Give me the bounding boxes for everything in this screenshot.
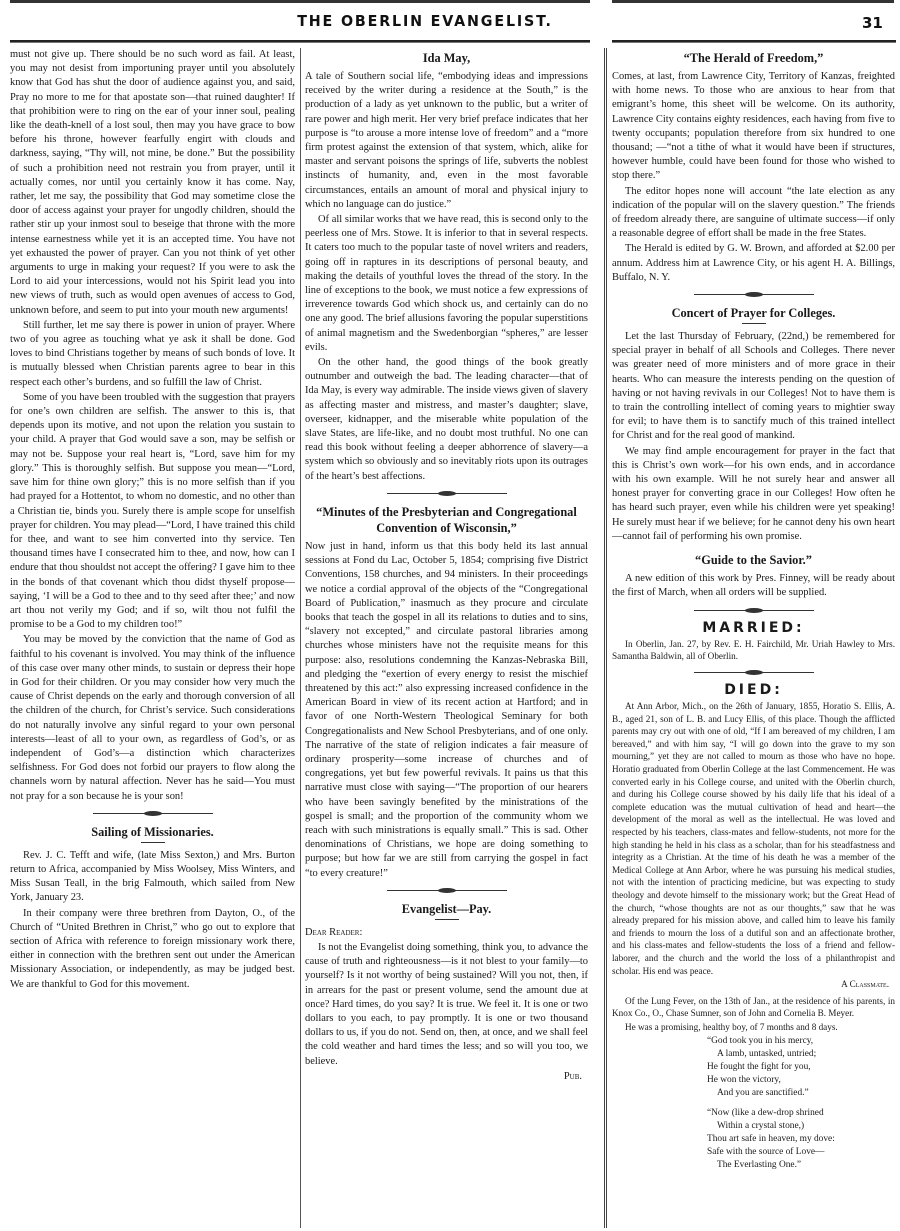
article-paragraph: We may find ample encouragement for pray…: [612, 445, 895, 544]
top-rule-left: [10, 0, 590, 3]
marriage-notice: In Oberlin, Jan. 27, by Rev. E. H. Fairc…: [612, 638, 895, 663]
header-rule-left: [10, 40, 590, 43]
article-paragraph: Some of you have been troubled with the …: [10, 391, 295, 632]
article-paragraph: Still further, let me say there is power…: [10, 319, 295, 390]
section-ornament: [387, 492, 507, 496]
top-rule-right: [612, 0, 894, 3]
newspaper-page: THE OBERLIN EVANGELIST. 31 must not give…: [0, 0, 900, 1231]
obituary-meyer: Of the Lung Fever, on the 13th of Jan., …: [612, 995, 895, 1020]
article-paragraph: In their company were three brethren fro…: [10, 907, 295, 992]
poem-line: Safe with the source of Love—: [707, 1146, 895, 1159]
section-ornament: [387, 889, 507, 893]
heading-underline: [742, 323, 766, 324]
section-ornament: [694, 293, 814, 297]
obituary-signature: A Classmate.: [612, 978, 895, 991]
heading-evangelist-pay: Evangelist—Pay.: [312, 901, 581, 917]
heading-underline: [435, 919, 459, 920]
masthead: THE OBERLIN EVANGELIST. 31: [0, 12, 900, 34]
heading-ida-may: Ida May,: [312, 50, 581, 66]
memorial-poem: “God took you in his mercy, A lamb, unta…: [707, 1035, 895, 1172]
article-paragraph: Of all similar works that we have read, …: [305, 213, 588, 355]
column-divider-2: [604, 48, 607, 1228]
poem-line: “Now (like a dew-drop shrined: [707, 1107, 895, 1120]
signature: Pub.: [305, 1070, 588, 1084]
article-paragraph: You may be moved by the conviction that …: [10, 633, 295, 803]
article-paragraph: must not give up. There should be no suc…: [10, 48, 295, 318]
right-column: “The Herald of Freedom,” Comes, at last,…: [612, 48, 895, 1172]
article-paragraph: Rev. J. C. Tefft and wife, (late Miss Se…: [10, 849, 295, 906]
poem-line: The Everlasting One.”: [707, 1159, 895, 1172]
article-paragraph: A new edition of this work by Pres. Finn…: [612, 572, 895, 600]
poem-line: Within a crystal stone,): [707, 1120, 895, 1133]
poem-line: A lamb, untasked, untried;: [707, 1048, 895, 1061]
article-paragraph: Comes, at last, from Lawrence City, Terr…: [612, 70, 895, 184]
left-column: must not give up. There should be no suc…: [10, 48, 295, 993]
heading-concert-of-prayer: Concert of Prayer for Colleges.: [619, 305, 888, 321]
newspaper-title: THE OBERLIN EVANGELIST.: [269, 12, 582, 30]
article-paragraph: The editor hopes none will account “the …: [612, 185, 895, 242]
column-divider-1: [300, 48, 301, 1228]
poem-line: Thou art safe in heaven, my dove:: [707, 1133, 895, 1146]
heading-minutes-wisconsin: “Minutes of the Presbyterian and Congreg…: [312, 504, 581, 536]
obituary-ellis: At Ann Arbor, Mich., on the 26th of Janu…: [612, 700, 895, 977]
middle-column: Ida May, A tale of Southern social life,…: [305, 48, 588, 1085]
article-paragraph: Now just in hand, inform us that this bo…: [305, 540, 588, 881]
poem-line: “God took you in his mercy,: [707, 1035, 895, 1048]
header-rule-right: [612, 40, 896, 43]
poem-line: And you are sanctified.”: [707, 1087, 895, 1100]
heading-guide-to-savior: “Guide to the Savior.”: [619, 552, 888, 568]
article-paragraph: The Herald is edited by G. W. Brown, and…: [612, 242, 895, 285]
article-paragraph: Let the last Thursday of February, (22nd…: [612, 330, 895, 444]
section-ornament: [694, 609, 814, 613]
heading-sailing-of-missionaries: Sailing of Missionaries.: [17, 824, 288, 840]
obituary-meyer-age: He was a promising, healthy boy, of 7 mo…: [612, 1021, 895, 1034]
poem-line: He fought the fight for you,: [707, 1061, 895, 1074]
section-ornament: [694, 671, 814, 675]
article-paragraph: On the other hand, the good things of th…: [305, 356, 588, 484]
page-number: 31: [862, 14, 883, 32]
article-paragraph: A tale of Southern social life, “embodyi…: [305, 70, 588, 212]
salutation: Dear Reader:: [305, 926, 588, 940]
heading-herald-of-freedom: “The Herald of Freedom,”: [619, 50, 888, 66]
heading-married: MARRIED:: [612, 621, 895, 635]
heading-died: DIED:: [612, 683, 895, 697]
heading-underline: [141, 842, 165, 843]
section-ornament: [93, 812, 213, 816]
article-paragraph: Is not the Evangelist doing something, t…: [305, 941, 588, 1069]
poem-line: He won the victory,: [707, 1074, 895, 1087]
